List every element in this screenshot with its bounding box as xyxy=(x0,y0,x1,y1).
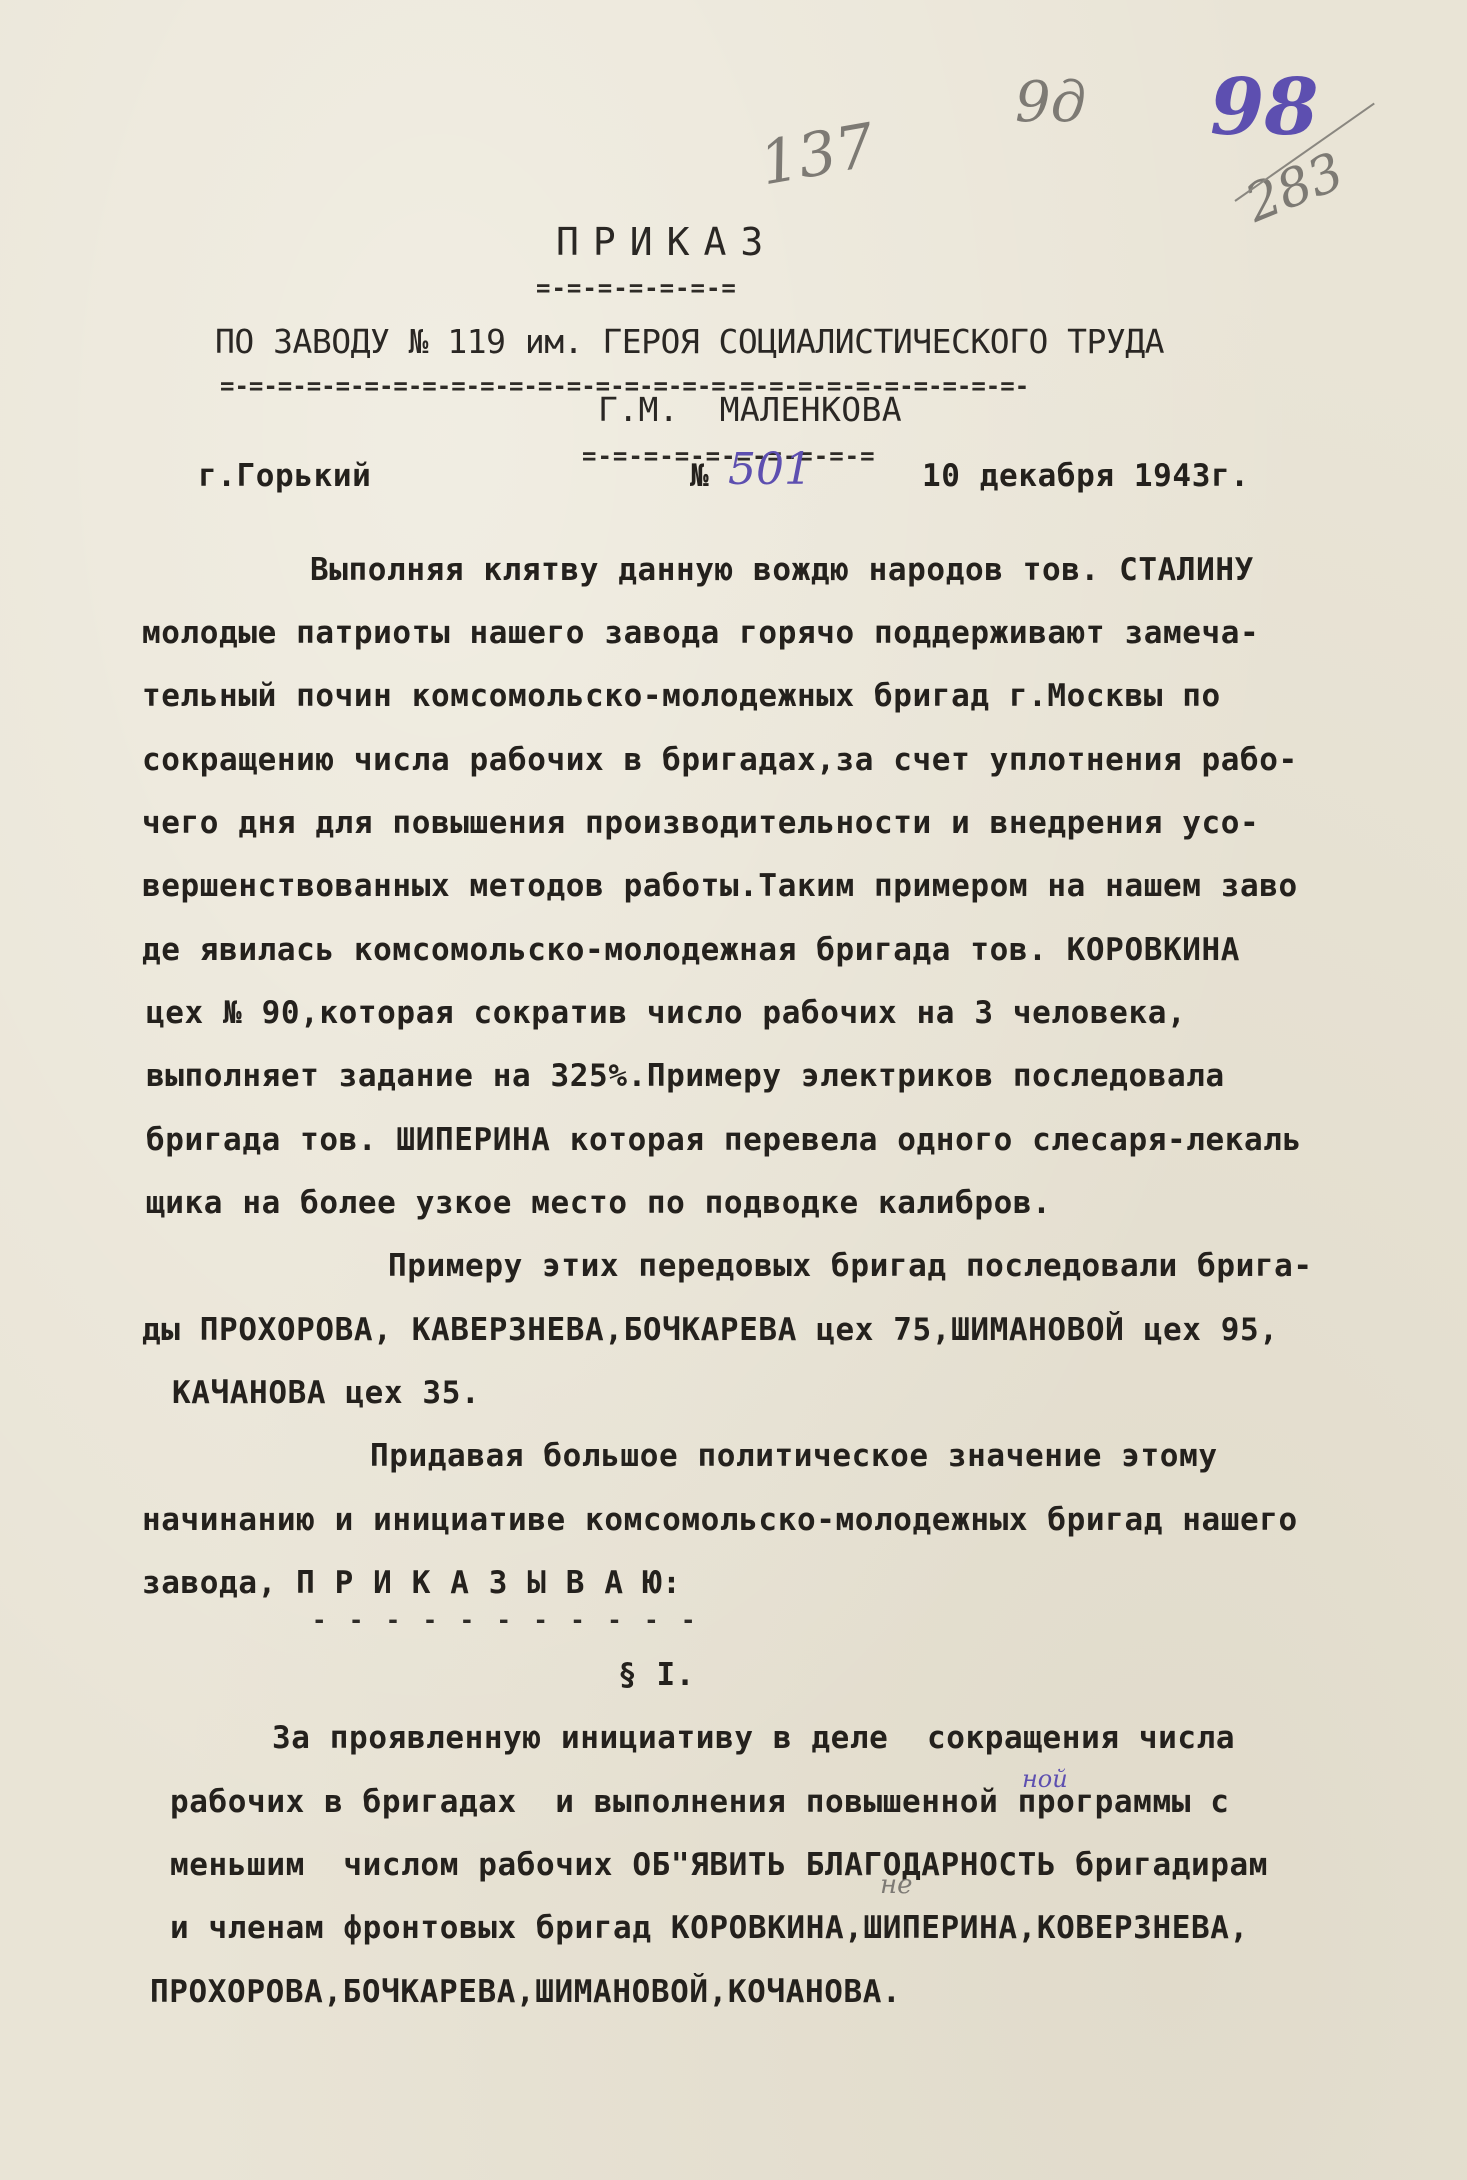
body-line: сокращению числа рабочих в бригадах,за с… xyxy=(142,740,1298,780)
section-line: и членам фронтовых бригад КОРОВКИНА,ШИПЕ… xyxy=(170,1908,1249,1948)
interlinear-correction: ной xyxy=(1022,1765,1068,1793)
section-line: За проявленную инициативу в деле сокраще… xyxy=(272,1718,1235,1758)
body-line: цех № 90,которая сократив число рабочих … xyxy=(146,993,1186,1033)
document-page: 137 9д 98 283 ПРИКАЗ =-=-=-=-=-=-= ПО ЗА… xyxy=(0,0,1467,2180)
body-line: тельный почин комсомольско-молодежных бр… xyxy=(142,676,1221,716)
body-line: КАЧАНОВА цех 35. xyxy=(172,1373,480,1413)
body-line: ды ПРОХОРОВА, КАВЕРЗНЕВА,БОЧКАРЕВА цех 7… xyxy=(142,1310,1279,1350)
body-line: Придавая большое политическое значение э… xyxy=(370,1436,1218,1476)
decree-underline: - - - - - - - - - - - xyxy=(312,1600,699,1640)
body-line: начинанию и инициативе комсомольско-моло… xyxy=(142,1500,1298,1540)
order-date: 10 декабря 1943г. xyxy=(922,456,1249,496)
factory-header-line2: Г.М. МАЛЕНКОВА xyxy=(598,390,902,430)
body-line: де явилась комсомольско-молодежная брига… xyxy=(142,930,1240,970)
section-line: ПРОХОРОВА,БОЧКАРЕВА,ШИМАНОВОЙ,КОЧАНОВА. xyxy=(150,1972,901,2012)
body-line: молодые патриоты нашего завода горячо по… xyxy=(142,613,1259,653)
body-line: щика на более узкое место по подводке ка… xyxy=(146,1183,1051,1223)
page-title: ПРИКАЗ xyxy=(556,222,777,262)
section-mark: § I. xyxy=(618,1655,695,1695)
order-number-label: № xyxy=(690,456,709,496)
ink-folio-number: 98 xyxy=(1210,62,1319,153)
body-line: Примеру этих передовых бригад последовал… xyxy=(388,1246,1313,1286)
section-line: меньшим числом рабочих ОБ"ЯВИТЬ БЛАГОДАР… xyxy=(170,1845,1268,1885)
pencil-mark-center: 9д xyxy=(1015,70,1086,135)
interlinear-correction: не xyxy=(880,1870,913,1900)
factory-header-line1: ПО ЗАВОДУ № 119 им. ГЕРОЯ СОЦИАЛИСТИЧЕСК… xyxy=(215,322,1164,362)
place-name: г.Горький xyxy=(198,456,371,496)
body-line: вершенствованных методов работы.Таким пр… xyxy=(142,866,1298,906)
body-line: выполняет задание на 325%.Примеру электр… xyxy=(146,1056,1225,1096)
order-number-value: 501 xyxy=(728,444,812,495)
order-decree-line: завода, П Р И К А З Ы В А Ю: xyxy=(142,1563,681,1603)
pencil-number-left: 137 xyxy=(755,111,880,200)
body-line: бригада тов. ШИПЕРИНА которая перевела о… xyxy=(146,1120,1302,1160)
section-line: рабочих в бригадах и выполнения повышенн… xyxy=(170,1782,1230,1822)
title-underline: =-=-=-=-=-=-= xyxy=(536,268,737,308)
body-line: Выполняя клятву данную вождю народов тов… xyxy=(310,550,1254,590)
body-line: чего дня для повышения производительност… xyxy=(142,803,1259,843)
